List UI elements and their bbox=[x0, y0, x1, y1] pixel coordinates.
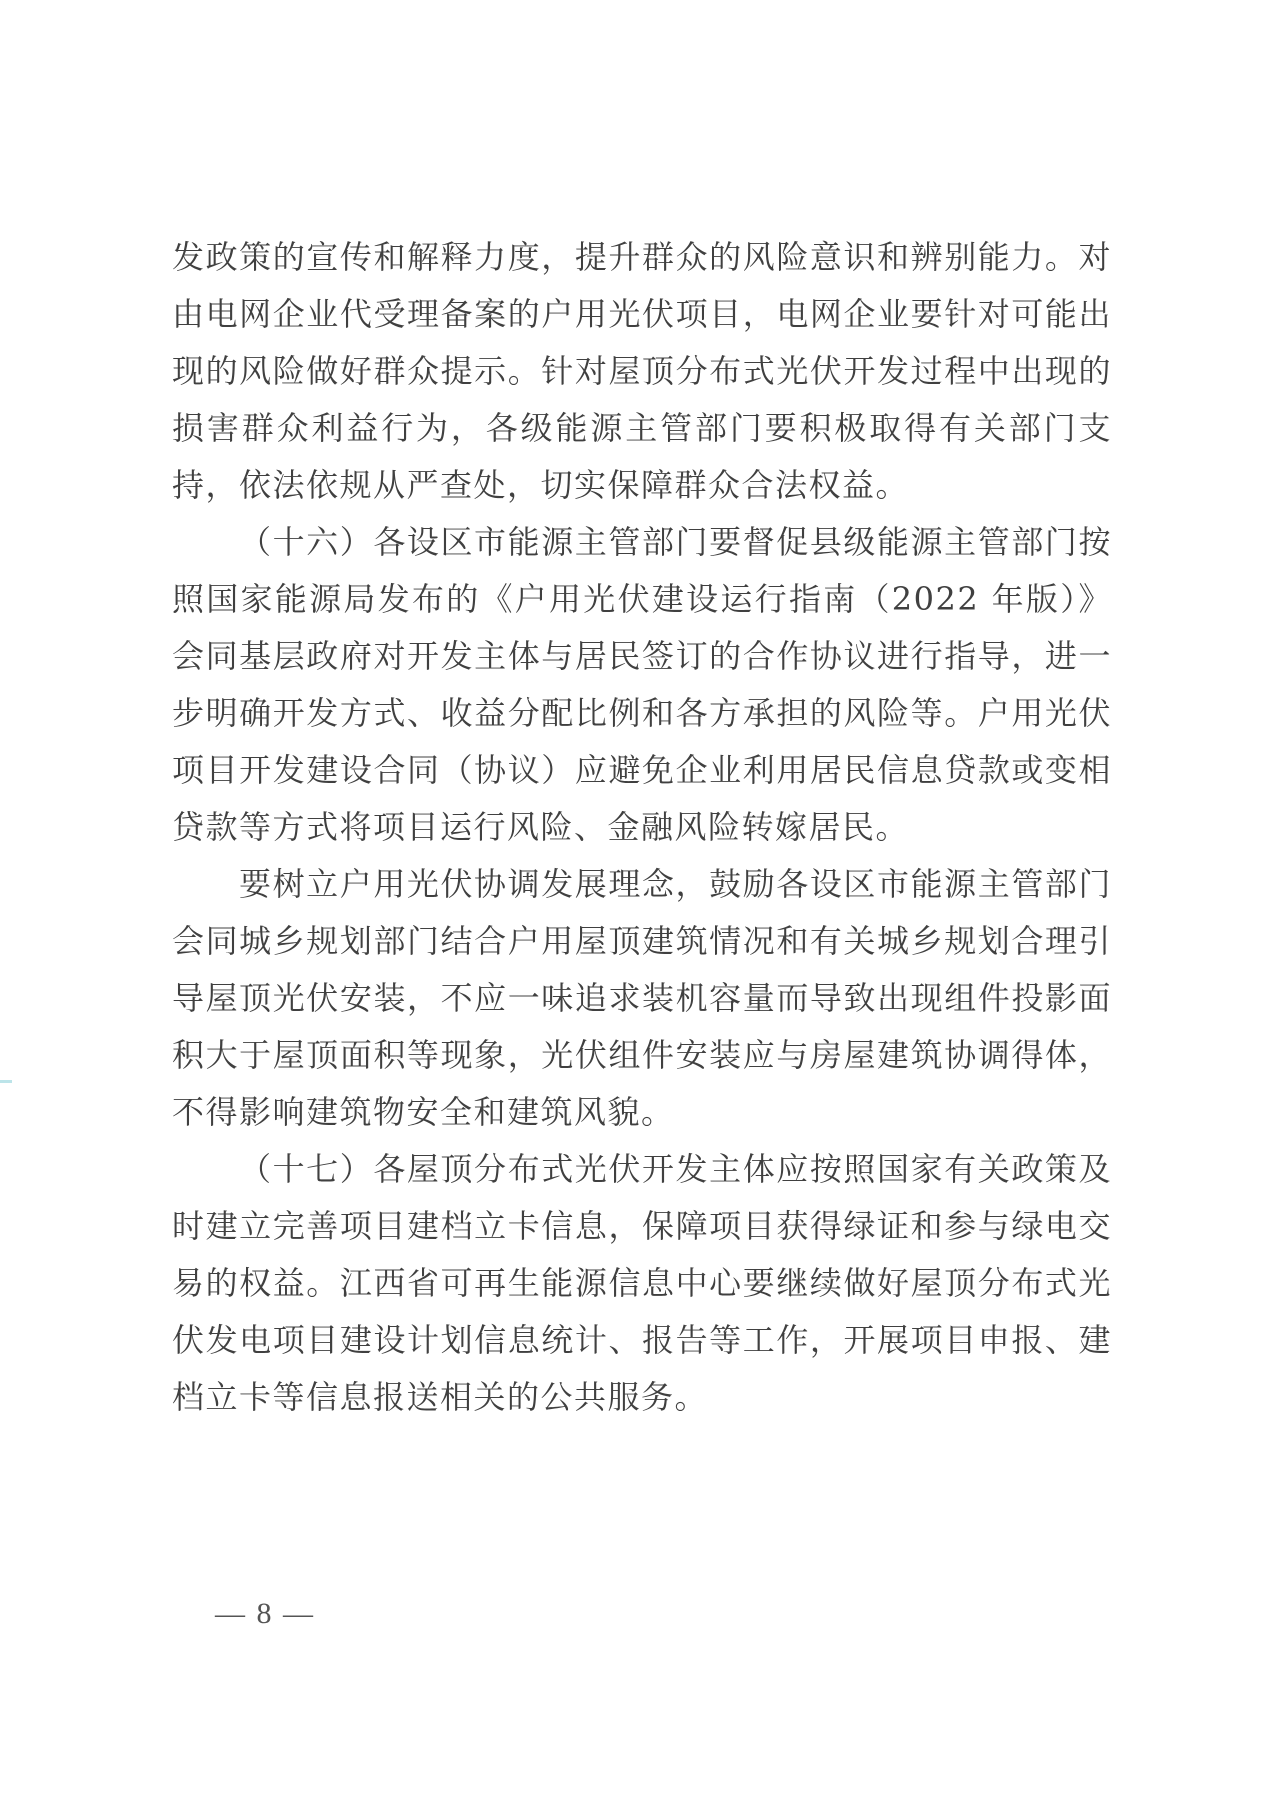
paragraph-risk-awareness: 发政策的宣传和解释力度，提升群众的风险意识和辨别能力。对由电网企业代受理备案的户… bbox=[172, 229, 1112, 514]
scan-artifact-mark bbox=[0, 1080, 12, 1083]
page-number: — 8 — bbox=[215, 1597, 315, 1631]
paragraph-item-16: （十六）各设区市能源主管部门要督促县级能源主管部门按照国家能源局发布的《户用光伏… bbox=[172, 514, 1112, 856]
document-body: 发政策的宣传和解释力度，提升群众的风险意识和辨别能力。对由电网企业代受理备案的户… bbox=[172, 229, 1112, 1426]
paragraph-item-17: （十七）各屋顶分布式光伏开发主体应按照国家有关政策及时建立完善项目建档立卡信息，… bbox=[172, 1141, 1112, 1426]
document-page: 发政策的宣传和解释力度，提升群众的风险意识和辨别能力。对由电网企业代受理备案的户… bbox=[0, 0, 1280, 1810]
paragraph-coordinated-development: 要树立户用光伏协调发展理念，鼓励各设区市能源主管部门会同城乡规划部门结合户用屋顶… bbox=[172, 856, 1112, 1141]
